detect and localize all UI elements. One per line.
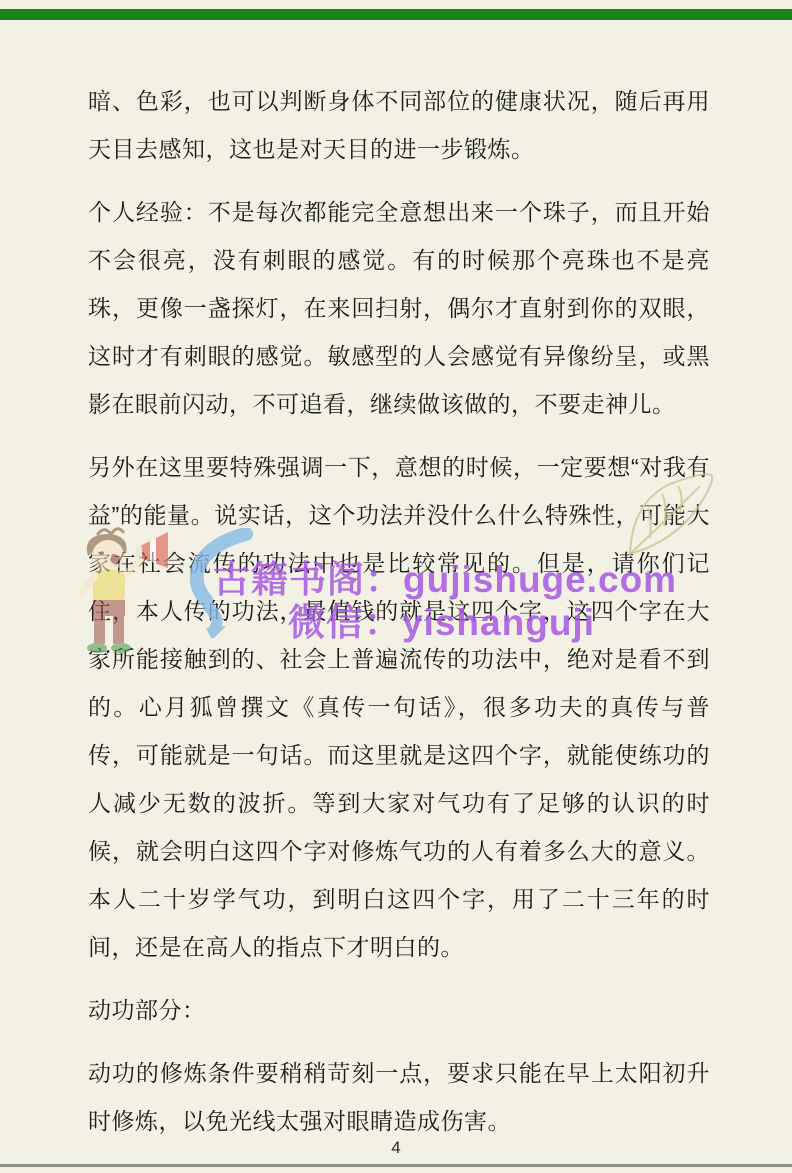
paragraph-3: 另外在这里要特殊强调一下，意想的时候，一定要想“对我有益”的能量。说实话，这个功… xyxy=(88,443,710,971)
bottom-border-line xyxy=(0,1164,792,1167)
top-border-bar xyxy=(0,9,792,20)
paragraph-5: 动功的修炼条件要稍稍苛刻一点，要求只能在早上太阳初升时修炼，以免光线太强对眼睛造… xyxy=(88,1049,710,1145)
paragraph-4-heading: 动功部分： xyxy=(88,986,710,1034)
paragraph-2: 个人经验：不是每次都能完全意想出来一个珠子，而且开始不会很亮，没有刺眼的感觉。有… xyxy=(88,188,710,428)
page-content: 暗、色彩，也可以判断身体不同部位的健康状况，随后再用天目去感知，这也是对天目的进… xyxy=(88,77,710,1160)
document-page: 暗、色彩，也可以判断身体不同部位的健康状况，随后再用天目去感知，这也是对天目的进… xyxy=(0,0,792,1173)
page-number: 4 xyxy=(0,1138,792,1158)
paragraph-1: 暗、色彩，也可以判断身体不同部位的健康状况，随后再用天目去感知，这也是对天目的进… xyxy=(88,77,710,173)
